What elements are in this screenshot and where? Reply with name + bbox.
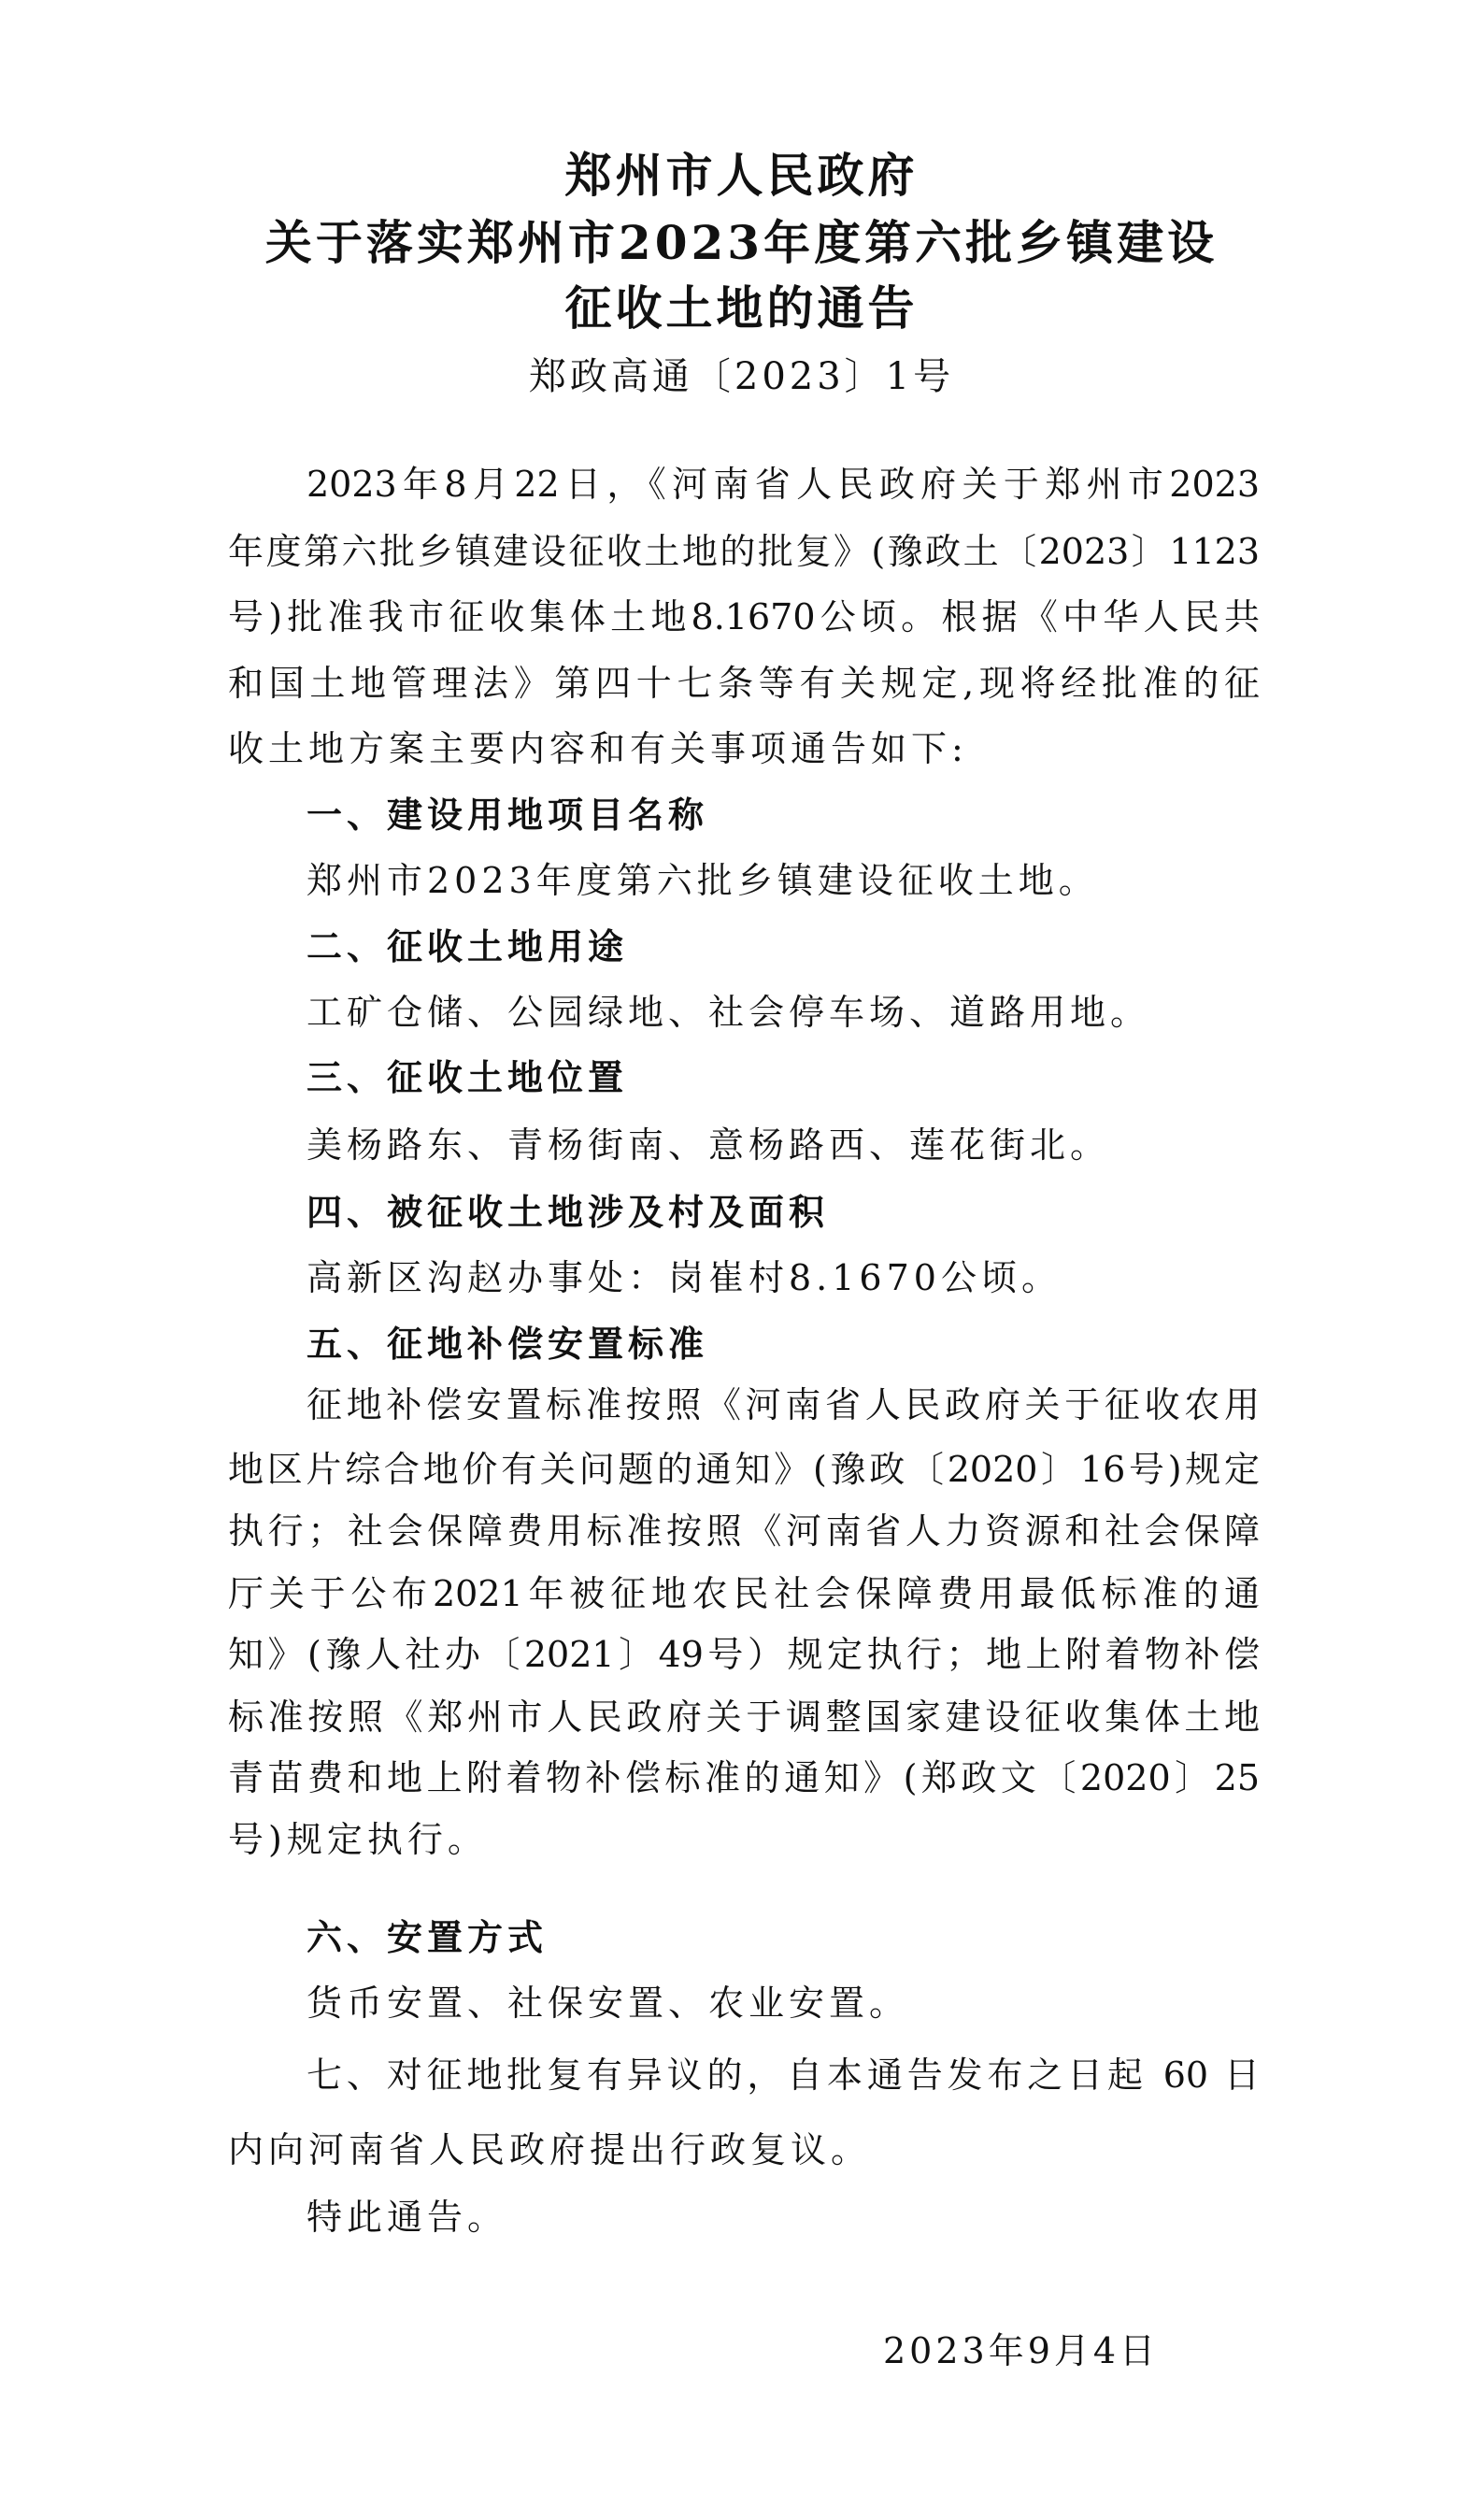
- title-subject-line-2: 征收土地的通告: [0, 280, 1483, 336]
- intro-line: 年度第六批乡镇建设征收土地的批复》(豫政土〔2023〕1123: [228, 528, 1260, 575]
- section-heading-4: 四、被征收土地涉及村及面积: [307, 1189, 1260, 1236]
- section-body-6: 货币安置、社保安置、农业安置。: [307, 1980, 1260, 2026]
- intro-line: 收土地方案主要内容和有关事项通告如下:: [228, 725, 1260, 772]
- section-body-5-line: 执行；社会保障费用标准按照《河南省人力资源和社会保障: [228, 1508, 1260, 1554]
- intro-line: 和国土地管理法》第四十七条等有关规定,现将经批准的征: [228, 660, 1260, 707]
- issue-date: 2023年9月4日: [883, 2327, 1159, 2374]
- section-body-5-line: 征地补偿安置标准按照《河南省人民政府关于征收农用: [307, 1382, 1260, 1428]
- section-body-3: 美杨路东、青杨街南、意杨路西、莲花街北。: [307, 1122, 1260, 1168]
- closing-statement: 特此通告。: [307, 2194, 1260, 2241]
- intro-line: 2023年8月22日，《河南省人民政府关于郑州市2023: [307, 461, 1260, 508]
- section-heading-6: 六、安置方式: [307, 1914, 1260, 1961]
- section-body-5-line: 青苗费和地上附着物补偿标准的通知》(郑政文〔2020〕25: [228, 1754, 1260, 1801]
- section-body-1: 郑州市2023年度第六批乡镇建设征收土地。: [307, 857, 1260, 904]
- section-body-2: 工矿仓储、公园绿地、社会停车场、道路用地。: [307, 989, 1260, 1036]
- section-heading-2: 二、征收土地用途: [307, 924, 1260, 970]
- title-issuer: 郑州市人民政府: [0, 148, 1483, 204]
- section-body-5-line: 标准按照《郑州市人民政府关于调整国家建设征收集体土地: [228, 1694, 1260, 1740]
- section-body-5-line: 厅关于公布2021年被征地农民社会保障费用最低标准的通: [228, 1570, 1260, 1617]
- section-heading-3: 三、征收土地位置: [307, 1054, 1260, 1101]
- section-body-4: 高新区沟赵办事处：岗崔村8.1670公顷。: [307, 1254, 1260, 1301]
- section-7-line: 七、对征地批复有异议的，自本通告发布之日起 60 日: [307, 2052, 1260, 2098]
- section-body-5-line: 号)规定执行。: [228, 1816, 1260, 1863]
- title-subject-line-1: 关于落实郑州市2023年度第六批乡镇建设: [0, 215, 1483, 271]
- section-7-line: 内向河南省人民政府提出行政复议。: [228, 2126, 1260, 2173]
- document-page: 郑州市人民政府 关于落实郑州市2023年度第六批乡镇建设 征收土地的通告 郑政高…: [0, 0, 1483, 2520]
- document-number: 郑政高通〔2023〕1号: [0, 353, 1483, 400]
- section-heading-5: 五、征地补偿安置标准: [307, 1321, 1260, 1367]
- intro-line: 号)批准我市征收集体土地8.1670公顷。根据《中华人民共: [228, 594, 1260, 640]
- section-heading-1: 一、建设用地项目名称: [307, 792, 1260, 838]
- section-body-5-line: 地区片综合地价有关问题的通知》(豫政〔2020〕16号)规定: [228, 1446, 1260, 1493]
- section-body-5-line: 知》(豫人社办〔2021〕49号）规定执行；地上附着物补偿: [228, 1631, 1260, 1678]
